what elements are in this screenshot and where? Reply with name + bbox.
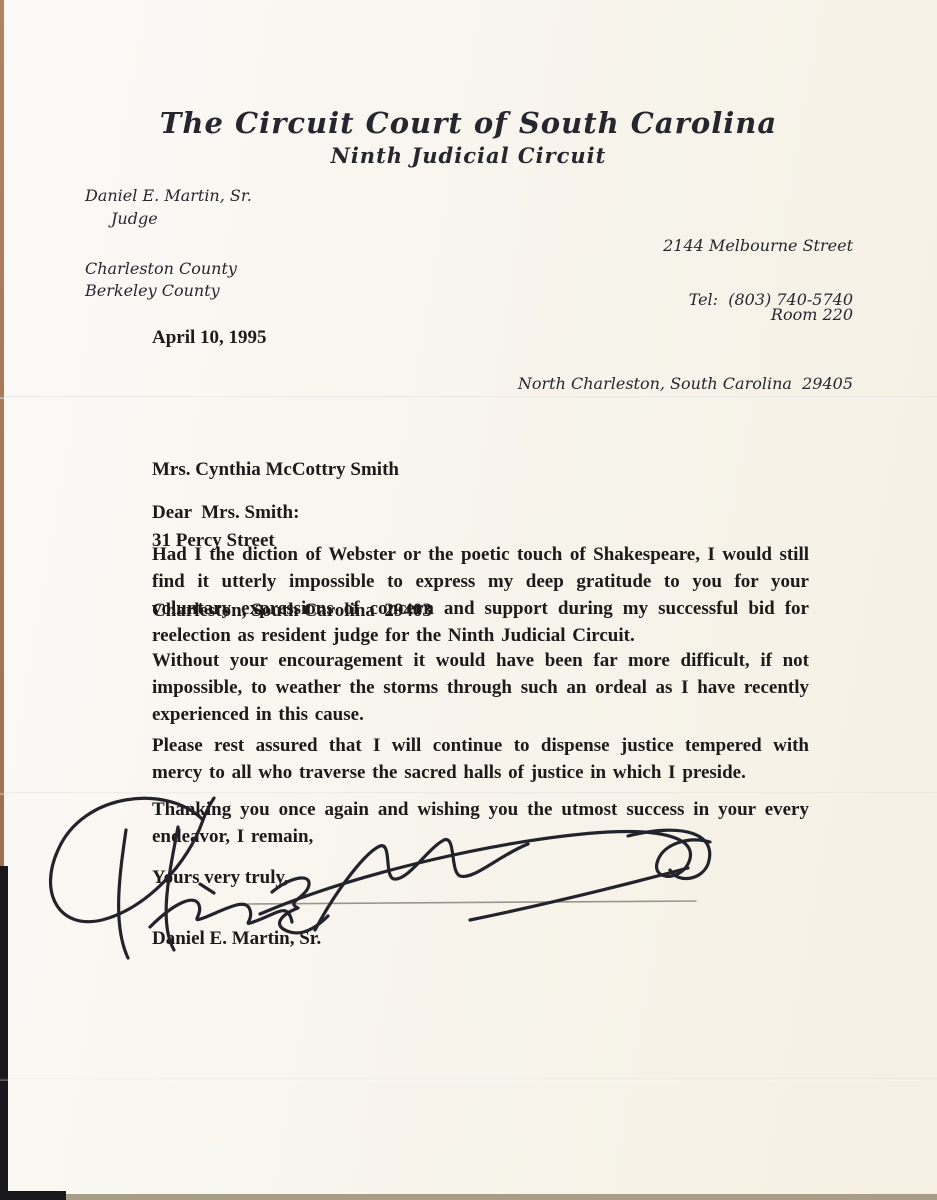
letterhead-circuit-name: Ninth Judicial Circuit — [0, 143, 937, 168]
letterhead-phone: Tel: (803) 740-5740 — [689, 290, 853, 309]
fold-crease-bottom — [0, 1078, 937, 1081]
closing-line: Yours very truly, — [152, 867, 289, 889]
scan-edge-left-black — [0, 866, 8, 1200]
scan-edge-bottom-tan — [66, 1194, 937, 1200]
salutation: Dear Mrs. Smith: — [152, 502, 299, 524]
letterhead-county-line: Charleston County — [85, 258, 237, 280]
recipient-name: Mrs. Cynthia McCottry Smith — [152, 458, 432, 482]
letterhead-address-line: North Charleston, South Carolina 29405 — [518, 372, 853, 395]
letterhead-court-name: The Circuit Court of South Carolina — [0, 106, 937, 140]
letterhead-judge-block: Daniel E. Martin, Sr. Judge — [85, 184, 252, 230]
scanned-letter-page: The Circuit Court of South Carolina Nint… — [0, 0, 937, 1200]
letterhead-judge-name: Daniel E. Martin, Sr. — [85, 184, 252, 207]
body-paragraph-3: Please rest assured that I will continue… — [152, 732, 809, 786]
letter-date: April 10, 1995 — [152, 327, 267, 349]
typed-signature-name: Daniel E. Martin, Sr. — [152, 928, 321, 950]
body-paragraph-1: Had I the diction of Webster or the poet… — [152, 541, 809, 649]
letterhead-counties-block: Charleston County Berkeley County — [85, 258, 237, 302]
letterhead-judge-title: Judge — [85, 207, 252, 230]
letterhead-address-block: 2144 Melbourne Street Room 220 North Cha… — [518, 188, 853, 441]
body-paragraph-4: Thanking you once again and wishing you … — [152, 796, 809, 850]
scan-edge-bottom-black — [0, 1191, 66, 1200]
fold-crease-middle — [0, 792, 937, 795]
letterhead-county-line: Berkeley County — [85, 280, 237, 302]
letterhead-address-line: 2144 Melbourne Street — [518, 234, 853, 257]
body-paragraph-2: Without your encouragement it would have… — [152, 647, 809, 728]
